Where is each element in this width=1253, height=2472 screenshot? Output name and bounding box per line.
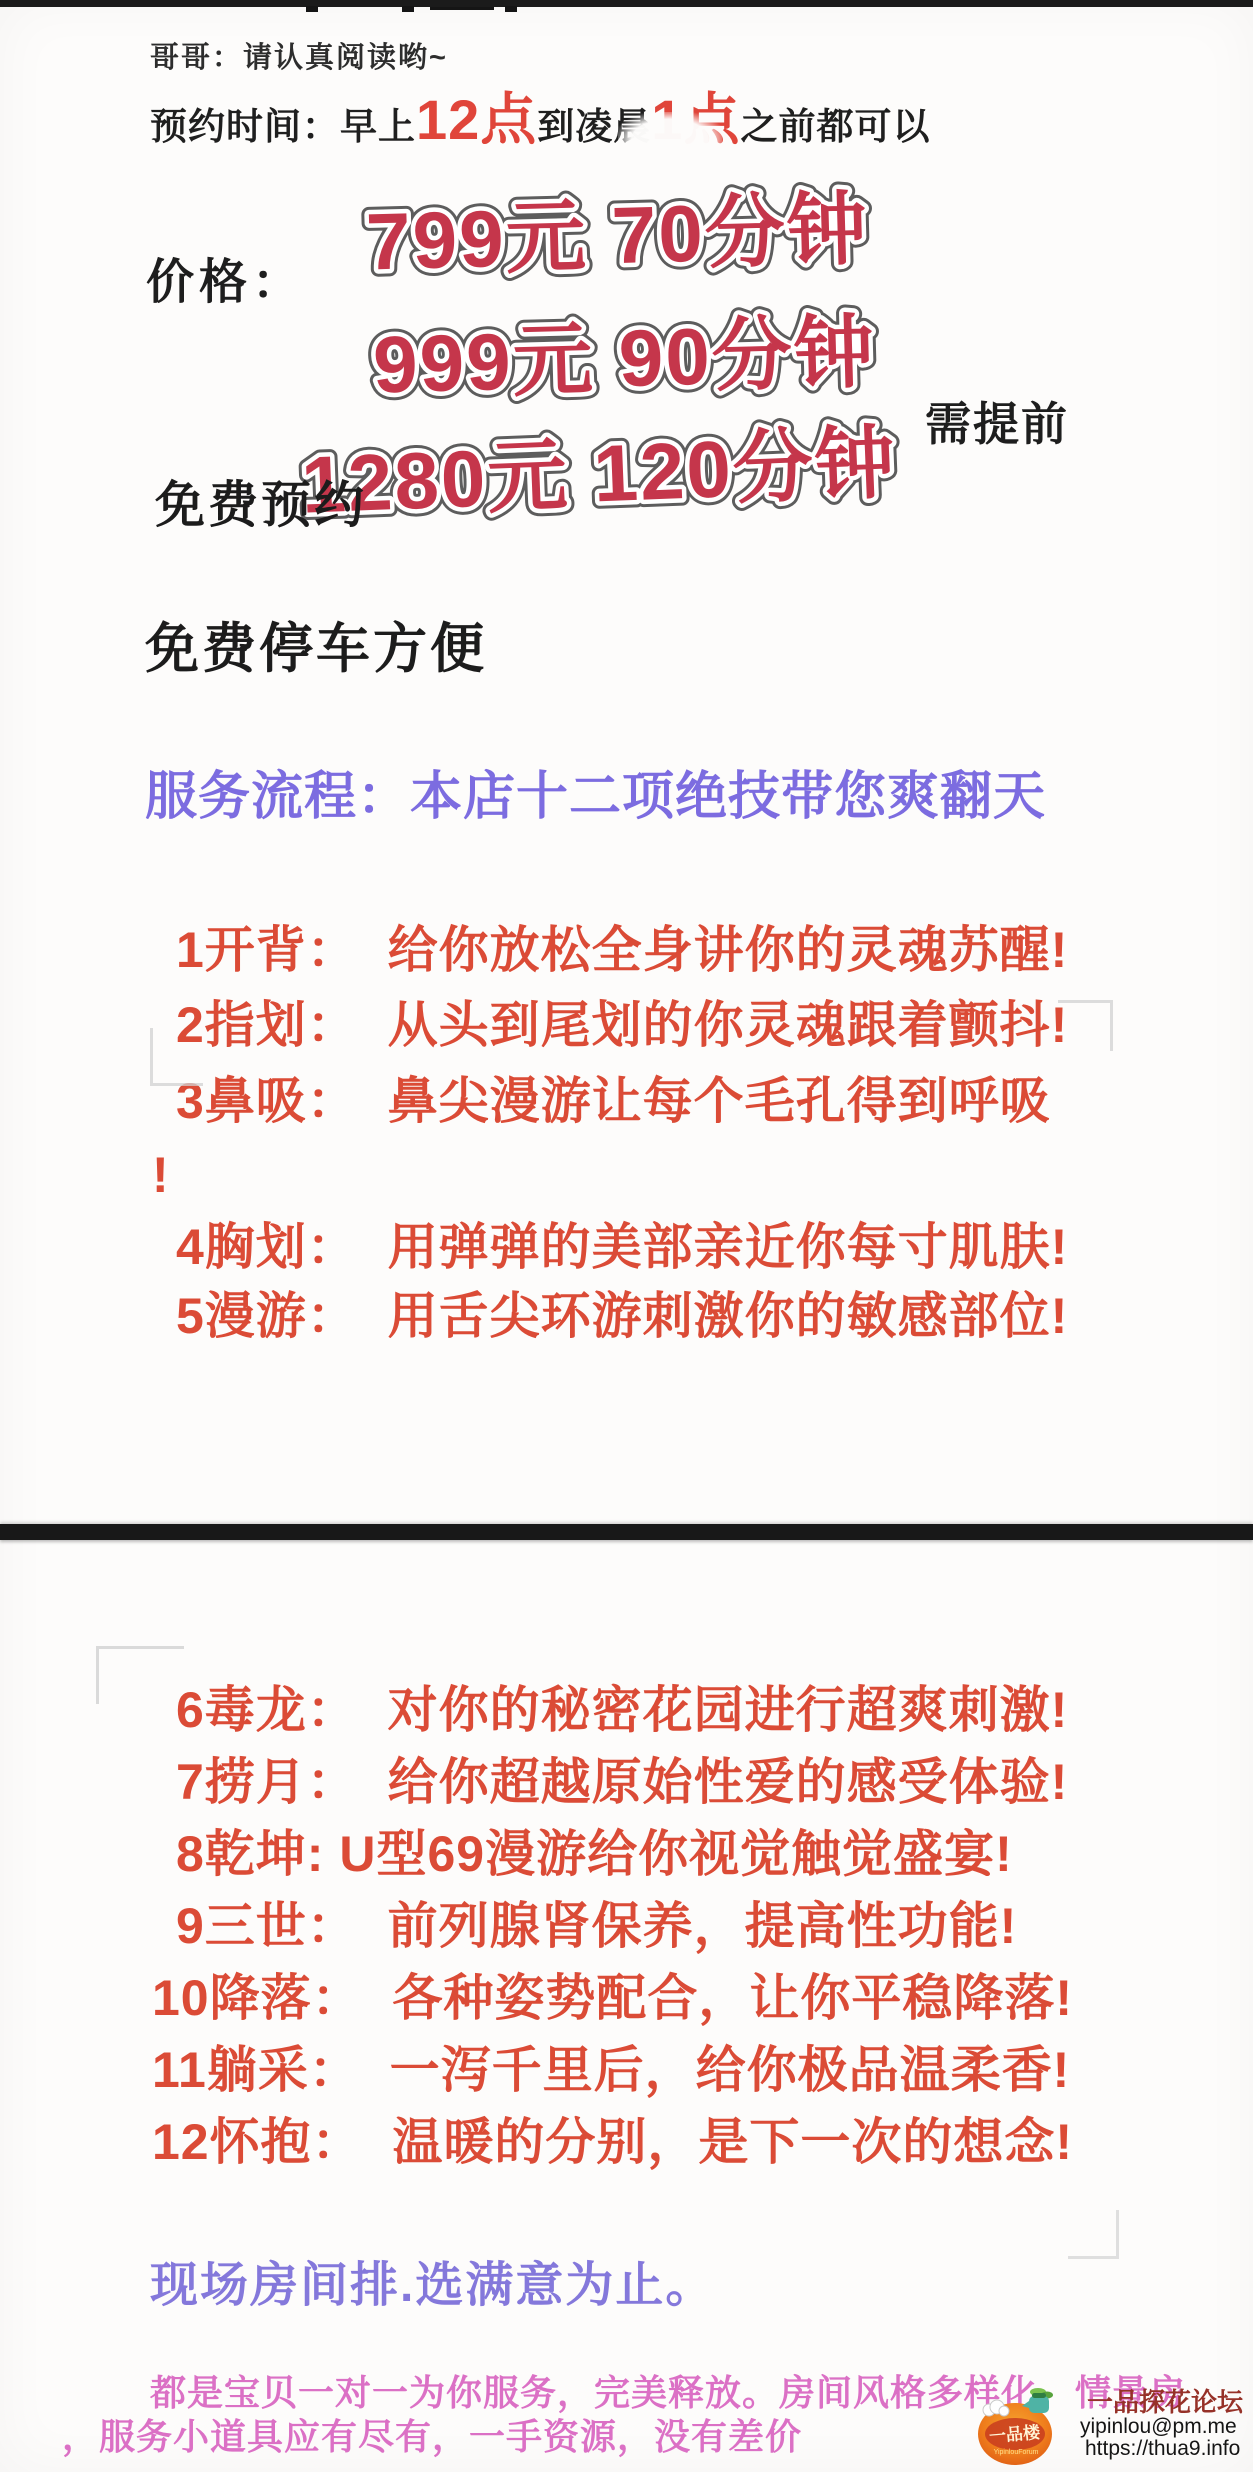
svg-text:999元 90分钟: 999元 90分钟 xyxy=(372,307,877,409)
booking-time-noon: 12点 xyxy=(416,88,537,152)
cloud-icon xyxy=(983,2400,1009,2416)
price-line-1: 799元 70分钟 799元 70分钟 799元 70分钟 xyxy=(357,162,950,297)
service-item-8: 8乾坤: U型69漫游给你视觉触觉盛宴! xyxy=(176,1829,1013,1879)
service-item-3: 3鼻吸： 鼻尖漫游让每个毛孔得到呼吸 xyxy=(176,1076,1051,1126)
section-divider xyxy=(0,1524,1253,1540)
free-booking-text: 免费预约 xyxy=(155,477,367,535)
photo-edge-tick xyxy=(402,6,414,12)
service-item-1: 1开背： 给你放松全身讲你的灵魂苏醒! xyxy=(176,925,1068,975)
service-item-10: 10降落： 各种姿势配合，让你平稳降落! xyxy=(152,1973,1073,2023)
photo-corner-mark xyxy=(1068,2210,1119,2259)
service-item-11: 11躺采： 一泻千里后，给你极品温柔香! xyxy=(152,2045,1070,2095)
service-item-12: 12怀抱： 温暖的分别，是下一次的想念! xyxy=(152,2117,1073,2167)
watermark-email: yipinlou@pm.me xyxy=(1080,2415,1237,2439)
photo-smudge-artifact xyxy=(618,112,722,166)
logo-subtitle: YipinlouForum xyxy=(994,2449,1039,2456)
booking-suffix: 之前都可以 xyxy=(740,106,930,149)
photo-top-edge xyxy=(0,0,1253,7)
document-photo: 哥哥：请认真阅读哟~ 预约时间：早上 12点 到凌晨 1点 之前都可以 价格： … xyxy=(0,0,1253,2472)
photo-corner-mark xyxy=(96,1646,184,1704)
service-item-9: 9三世： 前列腺肾保养，提高性功能! xyxy=(176,1901,1017,1951)
watermark-forum-name: 一品探花论坛 xyxy=(1087,2388,1243,2418)
service-item-5: 5漫游： 用舌尖环游刺激你的敏感部位! xyxy=(176,1291,1068,1341)
service-flow-headline: 服务流程：本店十二项绝技带您爽翻天 xyxy=(145,768,1046,828)
photo-corner-mark xyxy=(150,1028,203,1086)
free-parking-text: 免费停车方便 xyxy=(145,618,487,680)
booking-prefix: 预约时间：早上 xyxy=(150,106,416,149)
forum-logo: 一品楼 YipinlouForum xyxy=(975,2386,1070,2470)
price-note: 需提前 xyxy=(925,398,1069,451)
service-item-7: 7捞月： 给你超越原始性爱的感受体验! xyxy=(176,1757,1068,1807)
photo-edge-tick xyxy=(505,6,517,12)
booking-time-line: 预约时间：早上 12点 到凌晨 1点 之前都可以 xyxy=(150,88,930,152)
service-item-4: 4胸划： 用弹弹的美部亲近你每寸肌肤! xyxy=(176,1222,1068,1272)
greeting-text: 哥哥：请认真阅读哟~ xyxy=(150,42,448,75)
price-line-3: 1280元 120分钟 1280元 120分钟 1280元 120分钟 xyxy=(291,395,975,541)
photo-corner-mark xyxy=(1058,1000,1113,1051)
service-item-3-overflow: ! xyxy=(152,1150,170,1200)
service-item-2: 2指划： 从头到尾划的你灵魂跟着颤抖! xyxy=(176,1000,1068,1050)
photo-edge-tick xyxy=(430,7,494,10)
photo-edge-tick xyxy=(306,6,318,12)
svg-text:1280元 120分钟: 1280元 120分钟 xyxy=(300,418,899,530)
service-item-6: 6毒龙： 对你的秘密花园进行超爽刺激! xyxy=(176,1685,1068,1735)
watermark-url: https://thua9.info xyxy=(1085,2437,1240,2461)
footer-line-2: ，服务小道具应有尽有，一手资源，没有差价 xyxy=(62,2416,802,2457)
room-note-text: 现场房间排.选满意为止。 xyxy=(150,2258,715,2313)
price-label: 价格： xyxy=(146,255,305,310)
svg-text:799元 70分钟: 799元 70分钟 xyxy=(365,184,870,286)
